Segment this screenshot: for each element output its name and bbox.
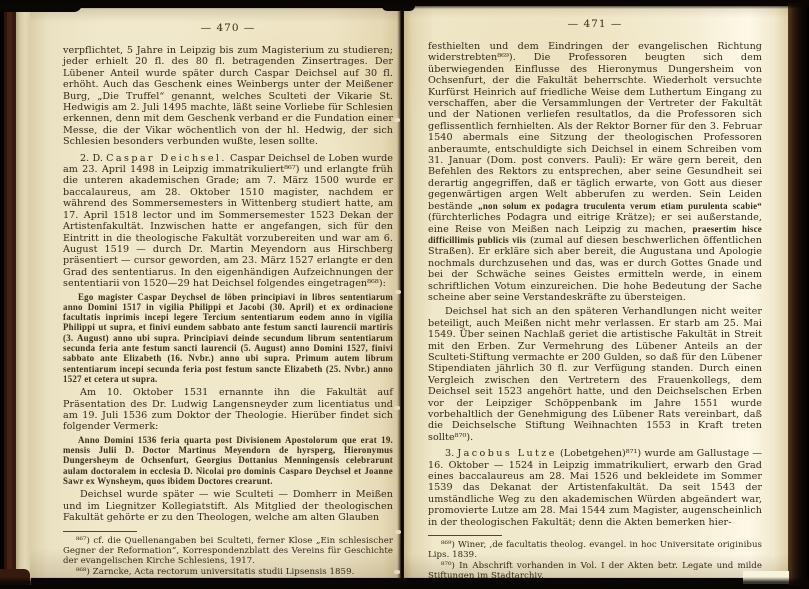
latin-quotation: Ego magister Caspar Deychsel de löben pr…: [63, 292, 393, 385]
page-corner-highlight: [743, 571, 789, 584]
paragraph-text: festhielten und dem Eindringen der evang…: [428, 41, 762, 212]
footnote-separator: [63, 531, 137, 532]
text-column-left: — 470 — verpflichtet, 5 Jahre in Leipzig…: [63, 22, 393, 577]
footnote: ⁸⁶⁹) Winer, ‚de facultatis theolog. evan…: [428, 540, 762, 561]
paragraph-caspar-deichsel: 2. D. Caspar Deichsel. Caspar Deichsel d…: [63, 153, 393, 290]
page-number-left: — 470 —: [63, 22, 393, 34]
footnote-separator: [428, 535, 502, 536]
text-column-right: — 471 — festhielten und dem Eindringen d…: [428, 18, 762, 578]
book-cover-left-edge: [0, 0, 16, 589]
paragraph: Deichsel wurde später — wie Sculteti — D…: [63, 489, 393, 523]
paragraph-text: Caspar Deichsel de Loben wurde am 23. Ap…: [63, 153, 393, 289]
paragraph: festhielten und dem Eindringen der evang…: [428, 41, 762, 303]
page-right: — 471 — festhielten und dem Eindringen d…: [404, 6, 788, 578]
paragraph: Am 10. Oktober 1531 ernannte ihn die Fak…: [63, 387, 393, 433]
paragraph-text: (zumal auf diesen beschwerlichen öffentl…: [428, 235, 762, 303]
binding-stitches: [394, 118, 400, 122]
page-number-right: — 471 —: [428, 18, 762, 30]
spine-top-shadow: [382, 0, 415, 11]
paragraph: Deichsel hat sich an den späteren Verhan…: [428, 306, 762, 443]
section-heading-name: Caspar Deichsel.: [106, 153, 227, 164]
page-stack-edge-left: [16, 0, 31, 589]
paragraph-text: (Lobetgehen)⁸⁷¹) wurde am Gallustage — 1…: [428, 448, 762, 527]
paragraph-jacobus-lutze: 3. Jacobus Lutze (Lobetgehen)⁸⁷¹) wurde …: [428, 448, 762, 528]
book-cover-right-edge: [788, 0, 809, 589]
section-number: 2. D.: [80, 153, 106, 164]
footnote: ⁸⁶⁷) cf. die Quellenangaben bei Sculteti…: [63, 536, 393, 567]
footnote: ⁸⁶⁸) Zarncke, Acta rectorum universitati…: [63, 567, 393, 577]
page-left: — 470 — verpflichtet, 5 Jahre in Leipzig…: [30, 8, 402, 578]
footnote: ⁸⁷⁰) In Abschrift vorhanden in Vol. I de…: [428, 561, 762, 578]
book-scan-photo: — 470 — verpflichtet, 5 Jahre in Leipzig…: [0, 0, 809, 589]
latin-inline-quote: „non solum ex podagra truculenta verum e…: [478, 201, 762, 211]
photo-corner-top-left: [0, 0, 82, 12]
latin-quotation: Anno Domini 1536 feria quarta post Divis…: [63, 435, 393, 486]
paragraph: verpflichtet, 5 Jahre in Leipzig bis zum…: [63, 45, 393, 148]
section-heading-name: Jacobus Lutze: [457, 448, 556, 459]
photo-corner-bottom-left: [0, 569, 30, 589]
section-number: 3.: [445, 448, 457, 459]
